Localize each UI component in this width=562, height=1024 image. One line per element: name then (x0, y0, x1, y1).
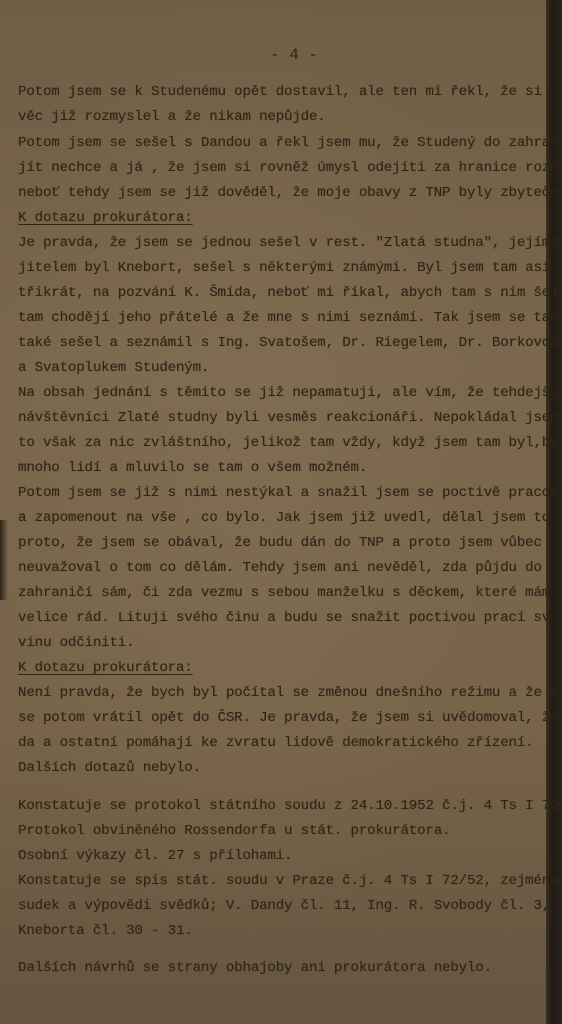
text-line: jitelem byl Knebort, sešel s některými z… (18, 260, 550, 276)
text-line: také sešel a seznámil s Ing. Svatošem, D… (18, 335, 562, 351)
text-line: vinu odčiniti. (18, 635, 134, 651)
text-line: a Svatoplukem Studeným. (18, 360, 209, 376)
text-line: Kneborta čl. 30 - 31. (18, 923, 193, 939)
text-line: Není pravda, že bych byl počítal se změn… (18, 685, 562, 701)
text-line: velice rád. Lituji svého činu a budu se … (18, 610, 562, 626)
text-line: neboť tehdy jsem se již dověděl, že moje… (18, 185, 562, 201)
text-line: Potom jsem se k Studenému opět dostavil,… (18, 84, 542, 100)
text-line: věc již rozmyslel a že nikam nepůjde. (18, 109, 326, 125)
text-line: to však za nic zvláštního, jelikož tam v… (18, 435, 562, 451)
text-line: Konstatuje se spis stát. soudu v Praze č… (18, 873, 558, 889)
text-line: jít nechce a já , že jsem si rovněž úmys… (18, 160, 562, 176)
text-line: Na obsah jednání s těmito se již nepamat… (18, 385, 558, 401)
text-line: da a ostatní pomáhají ke zvratu lidově d… (18, 735, 533, 751)
section-heading: K dotazu prokurátora: (18, 210, 193, 226)
page-number: - 4 - (270, 46, 318, 64)
text-line: zahraničí sám, či zda vezmu s sebou manž… (18, 585, 550, 601)
text-line: třikrát, na pozvání K. Šmída, neboť mi ř… (18, 285, 562, 301)
text-line: Dalších dotazů nebylo. (18, 760, 201, 776)
text-line: Potom jsem se sešel s Dandou a řekl jsem… (18, 135, 562, 151)
text-line: neuvažoval o tom co dělám. Tehdy jsem an… (18, 560, 542, 576)
text-line: proto, že jsem se obával, že budu dán do… (18, 535, 542, 551)
page-shadow (0, 520, 8, 600)
text-line: návštěvníci Zlaté studny byli vesměs rea… (18, 410, 558, 426)
text-line: Osobní výkazy čl. 27 s přílohami. (18, 848, 292, 864)
text-line: Je pravda, že jsem se jednou sešel v res… (18, 235, 562, 251)
text-line: Potom jsem se již s nimi nestýkal a snaž… (18, 485, 562, 501)
section-heading: K dotazu prokurátora: (18, 660, 193, 676)
text-line: se potom vrátil opět do ČSR. Je pravda, … (18, 710, 558, 726)
text-line: sudek a výpovědi svědků; V. Dandy čl. 11… (18, 898, 550, 914)
text-line: Konstatuje se protokol státního soudu z … (18, 798, 562, 814)
text-line: mnoho lidí a mluvilo se tam o všem možné… (18, 460, 367, 476)
text-line: Protokol obviněného Rossendorfa u stát. … (18, 823, 450, 839)
text-line: Dalších návrhů se strany obhajoby ani pr… (18, 960, 492, 976)
text-line: a zapomenout na vše , co bylo. Jak jsem … (18, 510, 550, 526)
text-line: tam chodějí jeho přátelé a že mne s nimi… (18, 310, 558, 326)
